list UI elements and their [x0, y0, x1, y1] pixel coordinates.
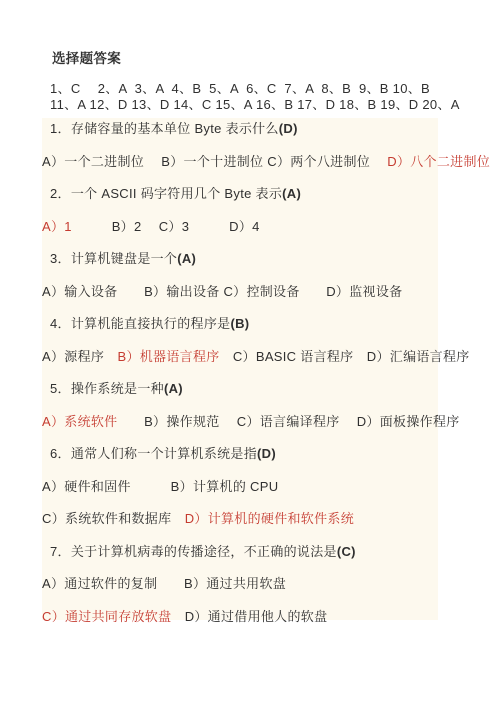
option-text: 7．关于计算机病毒的传播途径，不正确的说法是: [50, 544, 337, 559]
question-line-7: 7．关于计算机病毒的传播途径，不正确的说法是(C): [50, 544, 356, 559]
page-title: 选择题答案: [52, 51, 121, 66]
option-line-q2: A）1 B）2 C）3 D）4: [42, 219, 260, 234]
option-text: D）通过借用他人的软盘: [171, 609, 327, 624]
option-text: C）BASIC 语言程序 D）汇编语言程序: [220, 349, 470, 364]
answer-letter: (A): [282, 186, 301, 201]
question-line-2: 2．一个 ASCII 码字符用几个 Byte 表示(A): [50, 186, 301, 201]
answer-letter: (C): [337, 544, 356, 559]
question-line-3: 3．计算机键盘是一个(A): [50, 251, 196, 266]
option-line-q6: C）系统软件和数据库 D）计算机的硬件和软件系统: [42, 511, 354, 526]
answer-letter: (B): [230, 316, 249, 331]
option-text: A）一个二进制位 B）一个十进制位 C）两个八进制位: [42, 154, 387, 169]
option-text: A）硬件和固件 B）计算机的 CPU: [42, 479, 278, 494]
correct-answer-text: C）通过共同存放软盘: [42, 609, 171, 624]
option-text: 4．计算机能直接执行的程序是: [50, 316, 230, 331]
question-line-5: 5．操作系统是一种(A): [50, 381, 183, 396]
answer-letter: (A): [177, 251, 196, 266]
option-line-q1: A）一个二进制位 B）一个十进制位 C）两个八进制位 D）八个二进制位: [42, 154, 490, 169]
option-text: A）输入设备 B）输出设备 C）控制设备 D）监视设备: [42, 284, 402, 299]
correct-answer-text: D）计算机的硬件和软件系统: [185, 511, 354, 526]
option-line-q7: A）通过软件的复制 B）通过共用软盘: [42, 576, 286, 591]
option-text: 2．一个 ASCII 码字符用几个 Byte 表示: [50, 186, 282, 201]
answer-key-line-1: 1、C 2、A 3、A 4、B 5、A 6、C 7、A 8、B 9、B 10、B: [50, 81, 430, 96]
option-line-q7: C）通过共同存放软盘 D）通过借用他人的软盘: [42, 609, 327, 624]
correct-answer-text: D）八个二进制位: [387, 154, 490, 169]
option-text: B）操作规范 C）语言编译程序 D）面板操作程序: [117, 414, 459, 429]
option-line-q5: A）系统软件 B）操作规范 C）语言编译程序 D）面板操作程序: [42, 414, 460, 429]
option-text: A）通过软件的复制 B）通过共用软盘: [42, 576, 286, 591]
option-text: B）2 C）3 D）4: [72, 219, 260, 234]
option-text: 6．通常人们称一个计算机系统是指: [50, 446, 257, 461]
correct-answer-text: B）机器语言程序: [117, 349, 219, 364]
question-line-4: 4．计算机能直接执行的程序是(B): [50, 316, 249, 331]
answer-letter: (D): [279, 121, 298, 136]
option-text: C）系统软件和数据库: [42, 511, 185, 526]
option-text: 5．操作系统是一种: [50, 381, 164, 396]
answer-key-line-2: 11、A 12、D 13、D 14、C 15、A 16、B 17、D 18、B …: [50, 97, 460, 112]
option-line-q4: A）源程序 B）机器语言程序 C）BASIC 语言程序 D）汇编语言程序: [42, 349, 470, 364]
option-text: 3．计算机键盘是一个: [50, 251, 177, 266]
correct-answer-text: A）系统软件: [42, 414, 117, 429]
document-page: 选择题答案 1、C 2、A 3、A 4、B 5、A 6、C 7、A 8、B 9、…: [0, 0, 500, 707]
option-text: 1．存储容量的基本单位 Byte 表示什么: [50, 121, 279, 136]
option-line-q3: A）输入设备 B）输出设备 C）控制设备 D）监视设备: [42, 284, 402, 299]
correct-answer-text: A）1: [42, 219, 72, 234]
option-line-q6: A）硬件和固件 B）计算机的 CPU: [42, 479, 278, 494]
question-line-1: 1．存储容量的基本单位 Byte 表示什么(D): [50, 121, 298, 136]
answer-letter: (D): [257, 446, 276, 461]
option-text: A）源程序: [42, 349, 117, 364]
question-line-6: 6．通常人们称一个计算机系统是指(D): [50, 446, 276, 461]
answer-letter: (A): [164, 381, 183, 396]
